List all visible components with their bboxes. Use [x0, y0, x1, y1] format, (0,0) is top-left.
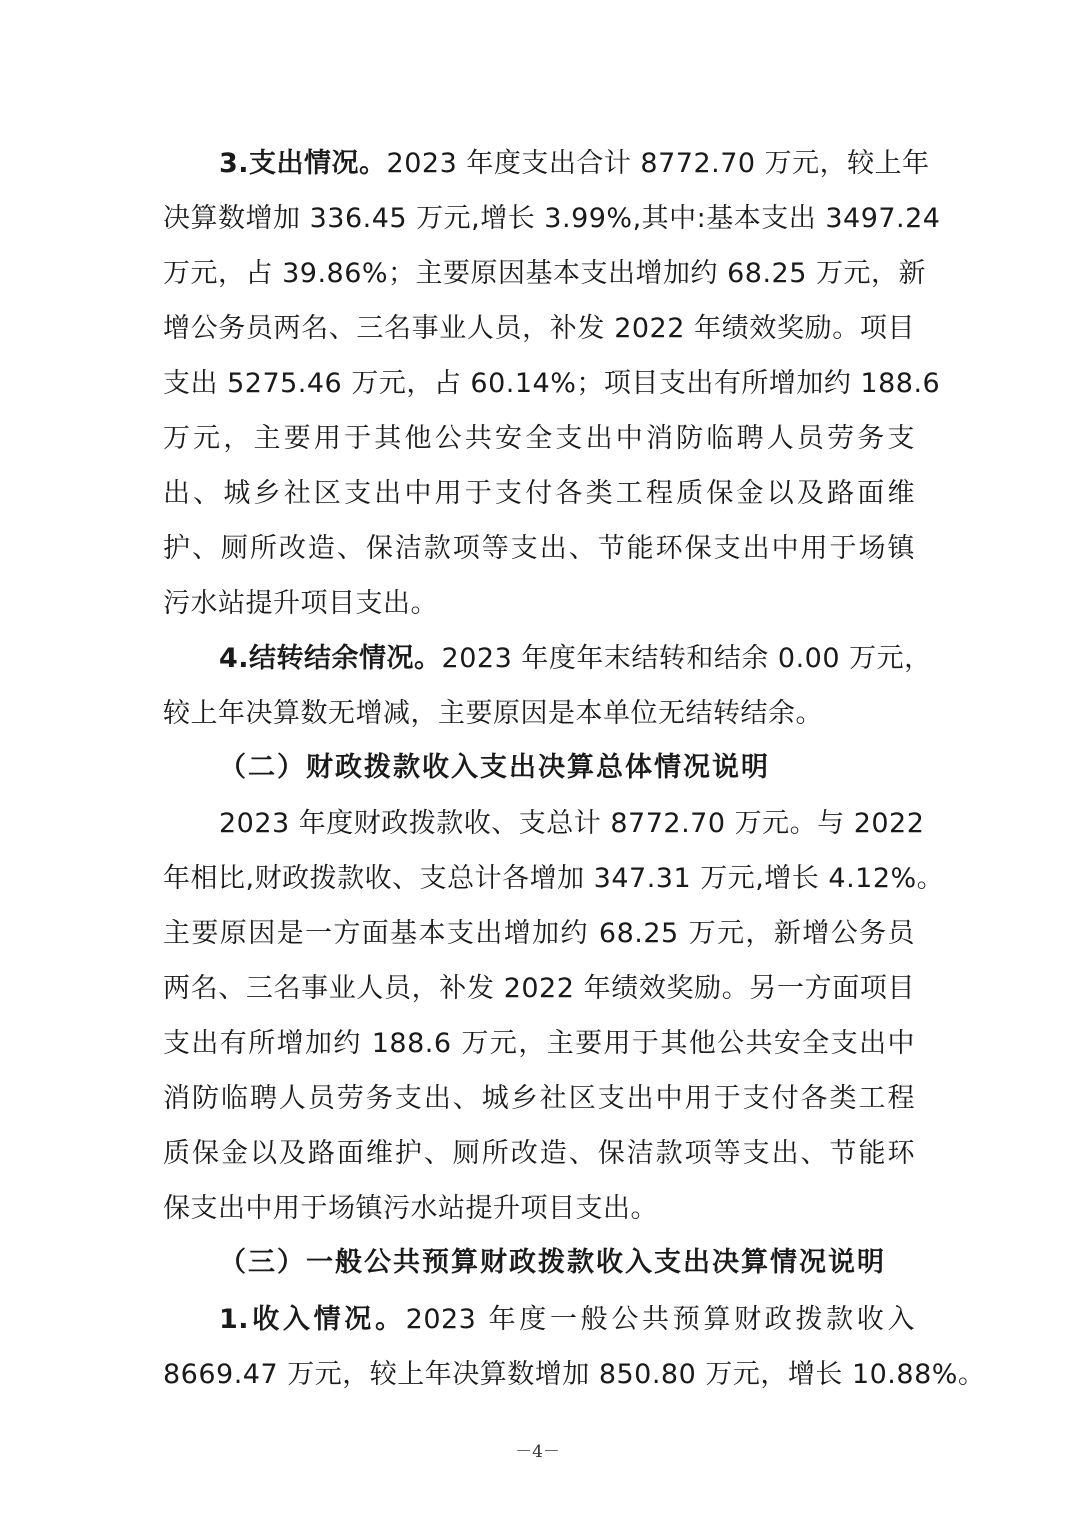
paragraph-line: 3.支出情况。2023 年度支出合计 8772.70 万元，较上年 — [163, 146, 915, 182]
paragraph-line: 支出有所增加约 188.6 万元，主要用于其他公共安全支出中 — [163, 1026, 915, 1062]
paragraph-line: 8669.47 万元，较上年决算数增加 850.80 万元，增长 10.88%。 — [163, 1357, 915, 1393]
paragraph-line: 护、厕所改造、保洁款项等支出、节能环保支出中用于场镇 — [163, 531, 915, 567]
section-label: 1.收入情况。 — [219, 1304, 406, 1335]
paragraph-line: 污水站提升项目支出。 — [163, 586, 915, 622]
paragraph-line: 较上年决算数无增减，主要原因是本单位无结转结余。 — [163, 696, 915, 732]
paragraph-line: 保支出中用于场镇污水站提升项目支出。 — [163, 1191, 915, 1227]
page-number: －4－ — [0, 1437, 1075, 1462]
paragraph-line: 两名、三名事业人员，补发 2022 年绩效奖励。另一方面项目 — [163, 971, 915, 1007]
paragraph-line: 增公务员两名、三名事业人员，补发 2022 年绩效奖励。项目 — [163, 311, 915, 347]
section-label: 3.支出情况。 — [219, 148, 387, 179]
paragraph-line: 万元，占 39.86%；主要原因基本支出增加约 68.25 万元，新 — [163, 256, 915, 292]
paragraph-line: 年相比,财政拨款收、支总计各增加 347.31 万元,增长 4.12%。 — [163, 861, 915, 897]
section-heading: （三）一般公共预算财政拨款收入支出决算情况说明 — [163, 1245, 915, 1281]
paragraph-line: 消防临聘人员劳务支出、城乡社区支出中用于支付各类工程 — [163, 1081, 915, 1117]
paragraph-line: 万元，主要用于其他公共安全支出中消防临聘人员劳务支 — [163, 421, 915, 457]
paragraph-line: 主要原因是一方面基本支出增加约 68.25 万元，新增公务员 — [163, 916, 915, 952]
paragraph-line: 质保金以及路面维护、厕所改造、保洁款项等支出、节能环 — [163, 1136, 915, 1172]
paragraph-line: 支出 5275.46 万元，占 60.14%；项目支出有所增加约 188.6 — [163, 366, 915, 402]
section-heading: （二）财政拨款收入支出决算总体情况说明 — [163, 750, 915, 786]
paragraph-line: 4.结转结余情况。2023 年度年末结转和结余 0.00 万元， — [163, 641, 915, 677]
paragraph-line: 1.收入情况。2023 年度一般公共预算财政拨款收入 — [163, 1302, 915, 1338]
paragraph-line: 决算数增加 336.45 万元,增长 3.99%,其中:基本支出 3497.24 — [163, 201, 915, 237]
paragraph-line: 2023 年度财政拨款收、支总计 8772.70 万元。与 2022 — [163, 806, 915, 842]
paragraph-line: 出、城乡社区支出中用于支付各类工程质保金以及路面维 — [163, 476, 915, 512]
section-label: 4.结转结余情况。 — [219, 643, 442, 674]
